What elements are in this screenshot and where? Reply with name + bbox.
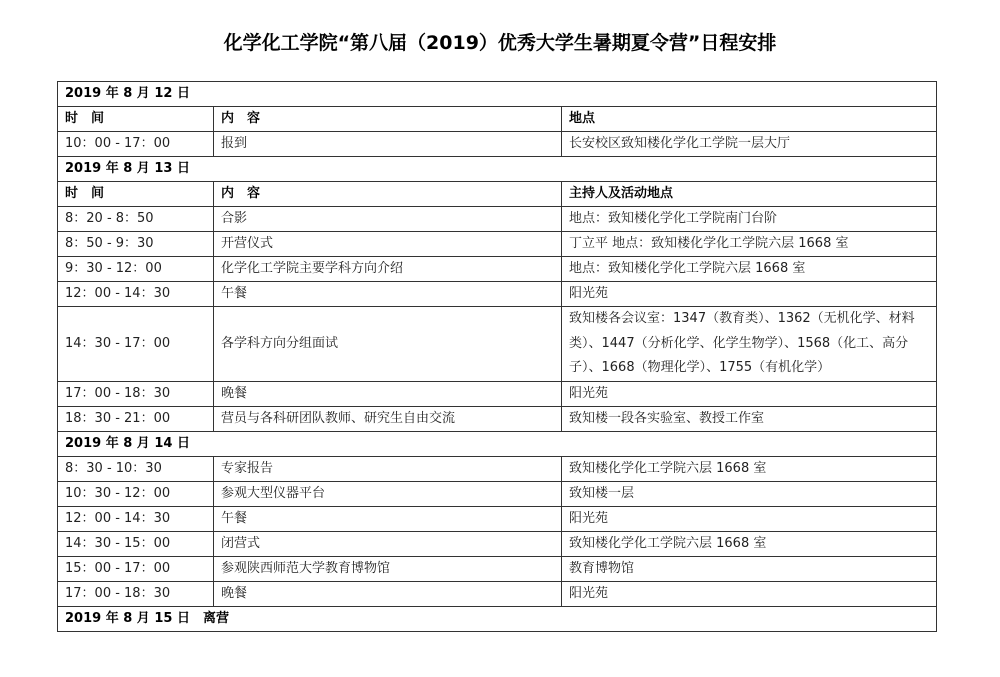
cell-place: 丁立平 地点：致知楼化学化工学院六层 1668 室 xyxy=(562,232,937,257)
cell-place: 地点：致知楼化学化工学院六层 1668 室 xyxy=(562,257,937,282)
day-header-row: 2019 年 8 月 14 日 xyxy=(58,432,937,457)
column-header-row: 时 间 内 容 地点 xyxy=(58,107,937,132)
table-row: 17：00 - 18：30 晚餐 阳光苑 xyxy=(58,582,937,607)
table-row: 14：30 - 17：00 各学科方向分组面试 致知楼各会议室：1347（教育类… xyxy=(58,307,937,382)
cell-time: 14：30 - 17：00 xyxy=(58,307,214,382)
cell-content: 午餐 xyxy=(214,507,562,532)
cell-content: 开营仪式 xyxy=(214,232,562,257)
cell-place: 致知楼化学化工学院六层 1668 室 xyxy=(562,532,937,557)
header-content: 内 容 xyxy=(214,107,562,132)
cell-content: 参观陕西师范大学教育博物馆 xyxy=(214,557,562,582)
cell-place: 致知楼一段各实验室、教授工作室 xyxy=(562,407,937,432)
header-place: 主持人及活动地点 xyxy=(562,182,937,207)
table-row: 18：30 - 21：00 营员与各科研团队教师、研究生自由交流 致知楼一段各实… xyxy=(58,407,937,432)
cell-place: 长安校区致知楼化学化工学院一层大厅 xyxy=(562,132,937,157)
cell-content: 晚餐 xyxy=(214,582,562,607)
table-row: 10：30 - 12：00 参观大型仪器平台 致知楼一层 xyxy=(58,482,937,507)
cell-time: 8：30 - 10：30 xyxy=(58,457,214,482)
cell-place: 阳光苑 xyxy=(562,582,937,607)
day-date: 2019 年 8 月 14 日 xyxy=(58,432,937,457)
cell-content: 报到 xyxy=(214,132,562,157)
cell-content: 专家报告 xyxy=(214,457,562,482)
cell-place: 地点：致知楼化学化工学院南门台阶 xyxy=(562,207,937,232)
cell-time: 17：00 - 18：30 xyxy=(58,382,214,407)
day-header-row: 2019 年 8 月 15 日 离营 xyxy=(58,607,937,632)
day-header-row: 2019 年 8 月 13 日 xyxy=(58,157,937,182)
cell-time: 17：00 - 18：30 xyxy=(58,582,214,607)
cell-content: 午餐 xyxy=(214,282,562,307)
cell-content: 参观大型仪器平台 xyxy=(214,482,562,507)
cell-time: 18：30 - 21：00 xyxy=(58,407,214,432)
cell-time: 10：00 - 17：00 xyxy=(58,132,214,157)
header-time: 时 间 xyxy=(58,182,214,207)
cell-place: 致知楼一层 xyxy=(562,482,937,507)
day-date: 2019 年 8 月 13 日 xyxy=(58,157,937,182)
cell-place: 阳光苑 xyxy=(562,382,937,407)
cell-place: 阳光苑 xyxy=(562,507,937,532)
header-place: 地点 xyxy=(562,107,937,132)
cell-time: 12：00 - 14：30 xyxy=(58,507,214,532)
document-title: 化学化工学院“第八届（2019）优秀大学生暑期夏令营”日程安排 xyxy=(0,28,1000,55)
cell-place: 致知楼化学化工学院六层 1668 室 xyxy=(562,457,937,482)
cell-time: 10：30 - 12：00 xyxy=(58,482,214,507)
table-row: 15：00 - 17：00 参观陕西师范大学教育博物馆 教育博物馆 xyxy=(58,557,937,582)
header-time: 时 间 xyxy=(58,107,214,132)
day-date: 2019 年 8 月 12 日 xyxy=(58,82,937,107)
table-row: 9：30 - 12：00 化学化工学院主要学科方向介绍 地点：致知楼化学化工学院… xyxy=(58,257,937,282)
header-content: 内 容 xyxy=(214,182,562,207)
schedule-table: 2019 年 8 月 12 日 时 间 内 容 地点 10：00 - 17：00… xyxy=(57,81,937,632)
column-header-row: 时 间 内 容 主持人及活动地点 xyxy=(58,182,937,207)
cell-place: 阳光苑 xyxy=(562,282,937,307)
cell-time: 15：00 - 17：00 xyxy=(58,557,214,582)
day-date: 2019 年 8 月 15 日 离营 xyxy=(58,607,937,632)
table-row: 8：50 - 9：30 开营仪式 丁立平 地点：致知楼化学化工学院六层 1668… xyxy=(58,232,937,257)
cell-content: 合影 xyxy=(214,207,562,232)
cell-content: 闭营式 xyxy=(214,532,562,557)
cell-time: 8：20 - 8：50 xyxy=(58,207,214,232)
cell-content: 各学科方向分组面试 xyxy=(214,307,562,382)
cell-time: 12：00 - 14：30 xyxy=(58,282,214,307)
cell-place: 致知楼各会议室：1347（教育类）、1362（无机化学、材料类）、1447（分析… xyxy=(562,307,937,382)
cell-time: 8：50 - 9：30 xyxy=(58,232,214,257)
table-row: 10：00 - 17：00 报到 长安校区致知楼化学化工学院一层大厅 xyxy=(58,132,937,157)
table-row: 12：00 - 14：30 午餐 阳光苑 xyxy=(58,507,937,532)
cell-place: 教育博物馆 xyxy=(562,557,937,582)
cell-content: 晚餐 xyxy=(214,382,562,407)
day-header-row: 2019 年 8 月 12 日 xyxy=(58,82,937,107)
table-row: 17：00 - 18：30 晚餐 阳光苑 xyxy=(58,382,937,407)
cell-time: 9：30 - 12：00 xyxy=(58,257,214,282)
table-row: 14：30 - 15：00 闭营式 致知楼化学化工学院六层 1668 室 xyxy=(58,532,937,557)
table-row: 8：30 - 10：30 专家报告 致知楼化学化工学院六层 1668 室 xyxy=(58,457,937,482)
table-row: 12：00 - 14：30 午餐 阳光苑 xyxy=(58,282,937,307)
table-row: 8：20 - 8：50 合影 地点：致知楼化学化工学院南门台阶 xyxy=(58,207,937,232)
cell-time: 14：30 - 15：00 xyxy=(58,532,214,557)
cell-content: 营员与各科研团队教师、研究生自由交流 xyxy=(214,407,562,432)
cell-content: 化学化工学院主要学科方向介绍 xyxy=(214,257,562,282)
